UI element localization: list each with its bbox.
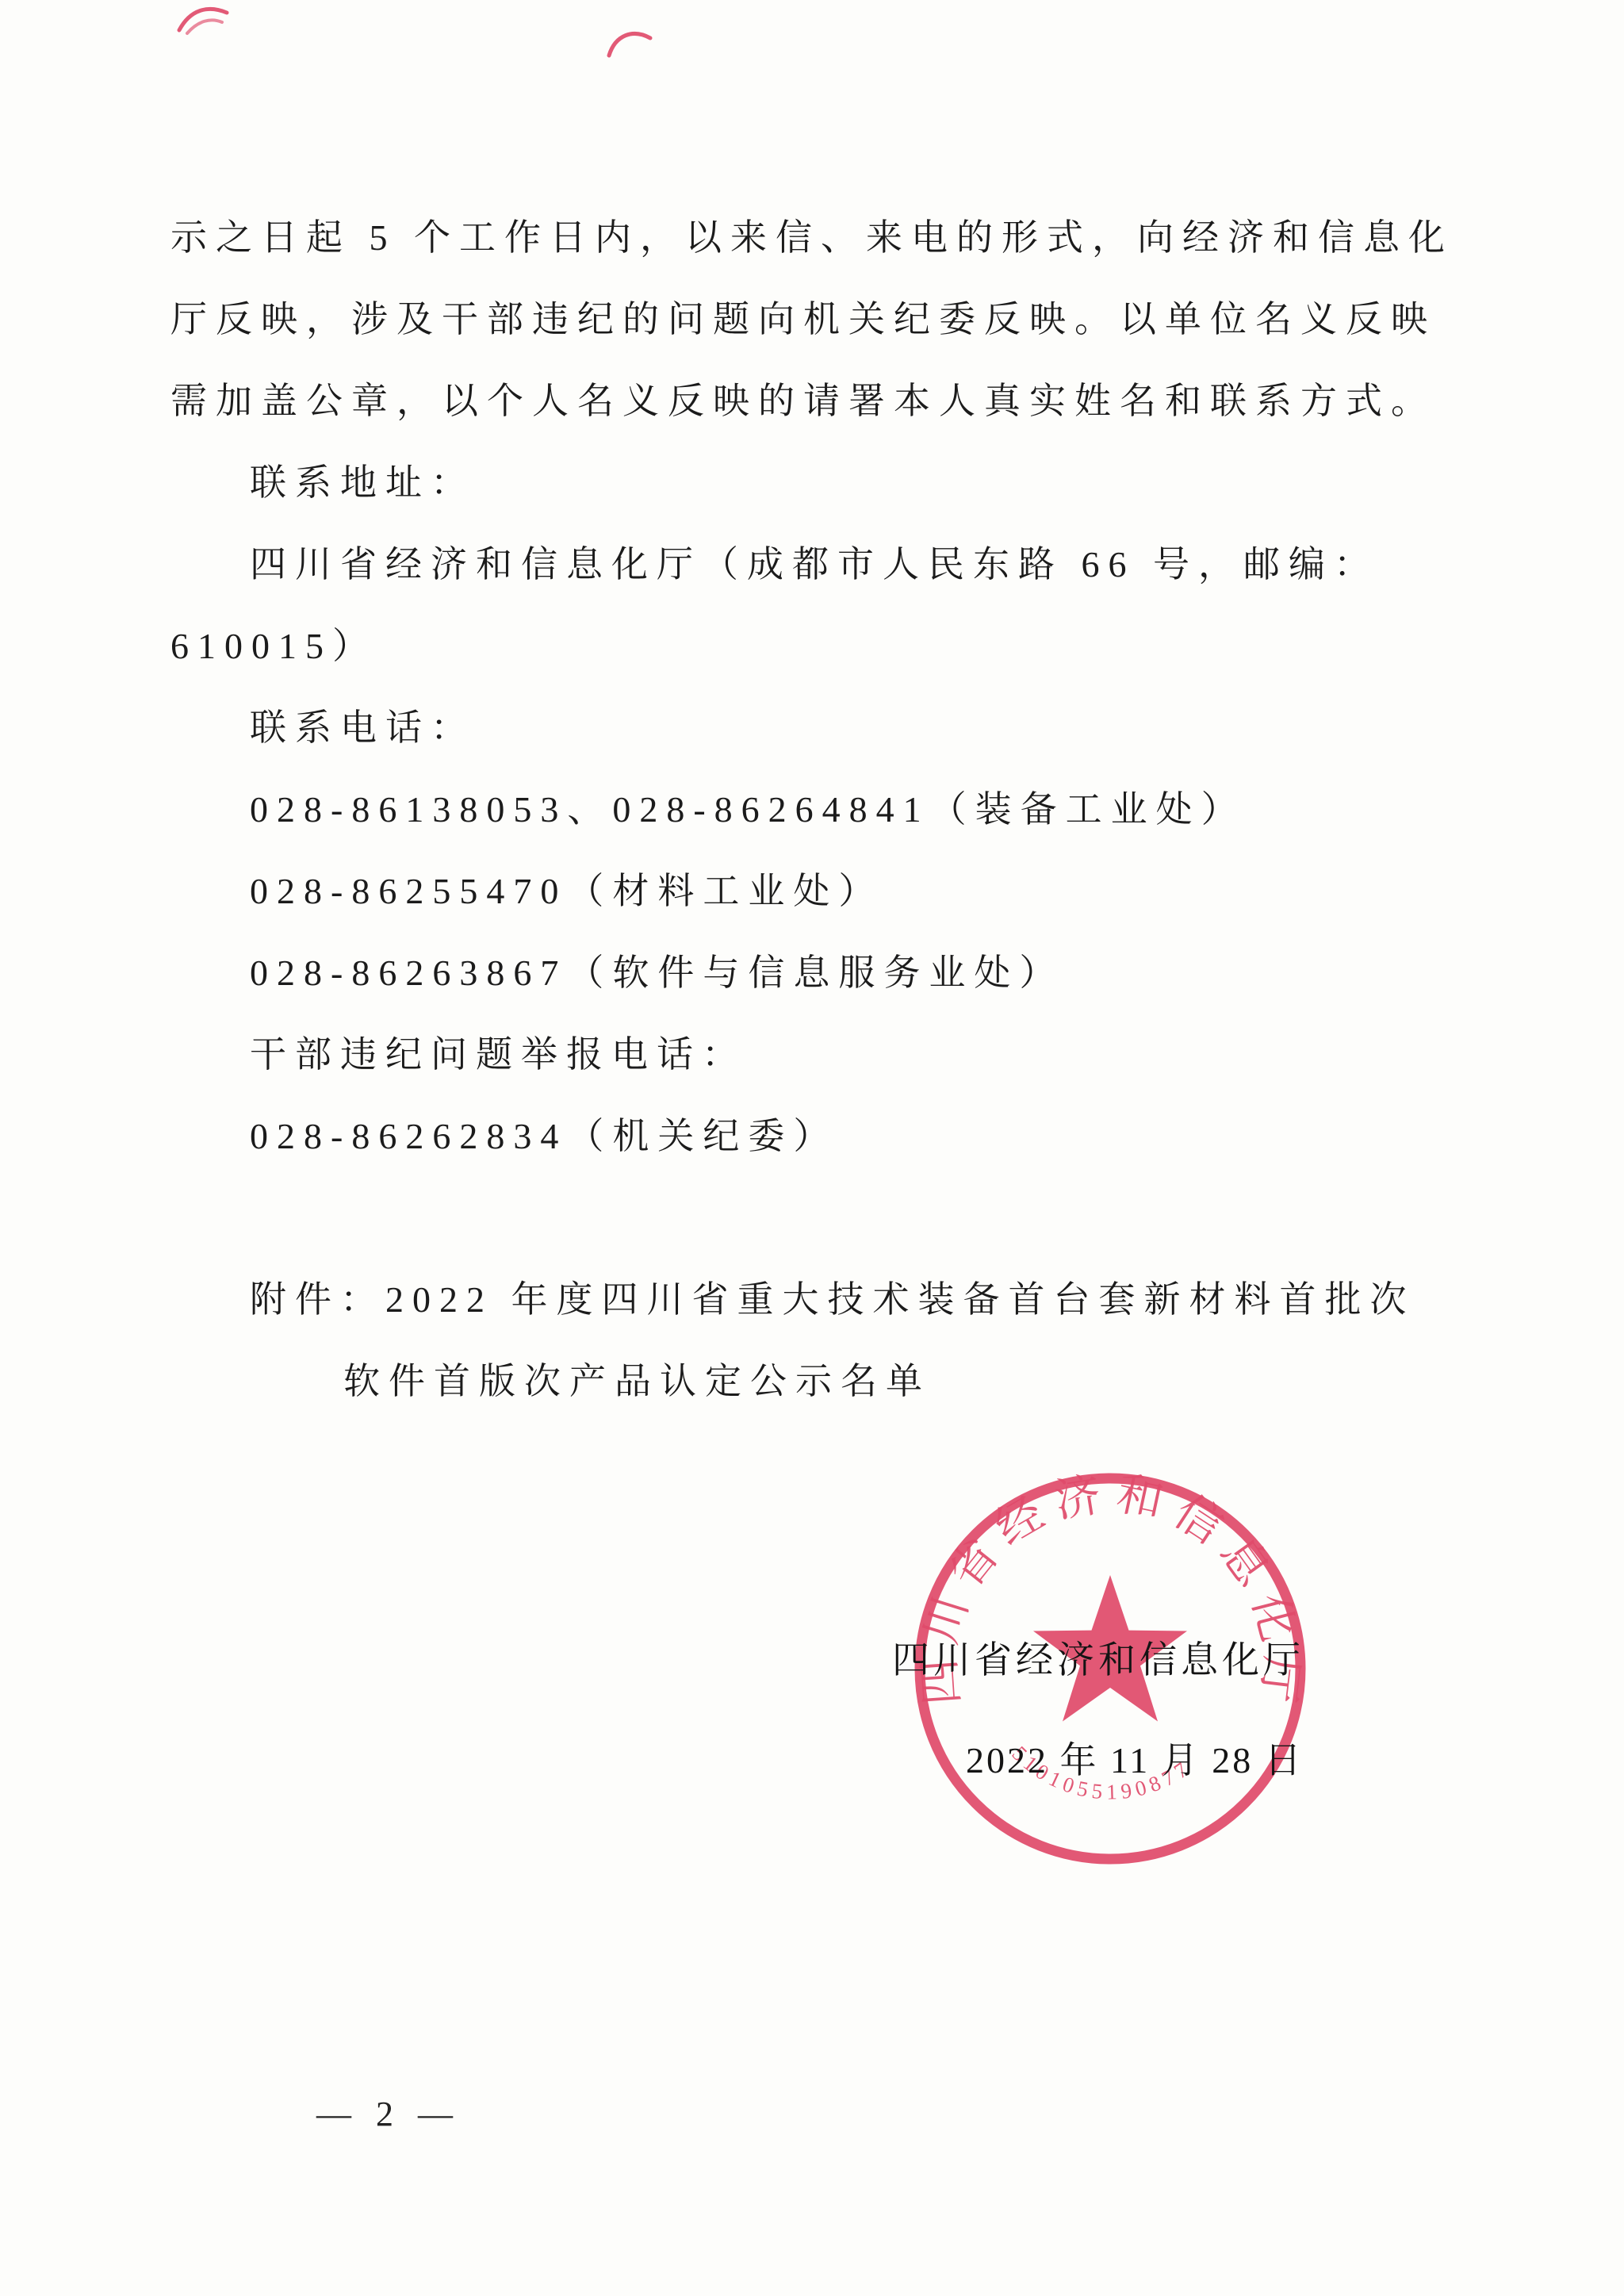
signature-date: 2022 年 11 月 28 日 <box>966 1735 1304 1786</box>
page-number: — 2 — <box>285 2094 492 2134</box>
document-page: 示之日起 5 个工作日内，以来信、来电的形式，向经济和信息化 厅反映，涉及干部违… <box>0 0 1624 2296</box>
phone-line-materials: 028-86255470（材料工业处） <box>170 850 1447 932</box>
paragraph-line-3: 需加盖公章，以个人名义反映的请署本人真实姓名和联系方式。 <box>170 360 1447 442</box>
postcode-line: 610015） <box>170 605 1447 687</box>
red-pen-mark-icon <box>176 2 233 38</box>
blank-line <box>170 1177 1447 1259</box>
body-text: 示之日起 5 个工作日内，以来信、来电的形式，向经济和信息化 厅反映，涉及干部违… <box>170 197 1447 1422</box>
report-phone-label: 干部违纪问题举报电话： <box>170 1014 1447 1095</box>
contact-address-value: 四川省经济和信息化厅（成都市人民东路 66 号，邮编： <box>170 523 1447 605</box>
phone-line-discipline: 028-86262834（机关纪委） <box>170 1095 1447 1177</box>
paragraph-line-2: 厅反映，涉及干部违纪的问题向机关纪委反映。以单位名义反映 <box>170 278 1447 360</box>
phone-line-software: 028-86263867（软件与信息服务业处） <box>170 932 1447 1014</box>
attachment-line-1: 附件：2022 年度四川省重大技术装备首台套新材料首批次 <box>170 1259 1447 1340</box>
attachment-line-2: 软件首版次产品认定公示名单 <box>170 1340 1447 1422</box>
phone-line-equipment: 028-86138053、028-86264841（装备工业处） <box>170 769 1447 850</box>
contact-phone-label: 联系电话： <box>170 687 1447 769</box>
paragraph-line-1: 示之日起 5 个工作日内，以来信、来电的形式，向经济和信息化 <box>170 197 1447 278</box>
red-pen-mark-icon <box>604 24 655 65</box>
contact-address-label: 联系地址： <box>170 442 1447 523</box>
signature-agency: 四川省经济和信息化厅 <box>892 1635 1304 1686</box>
